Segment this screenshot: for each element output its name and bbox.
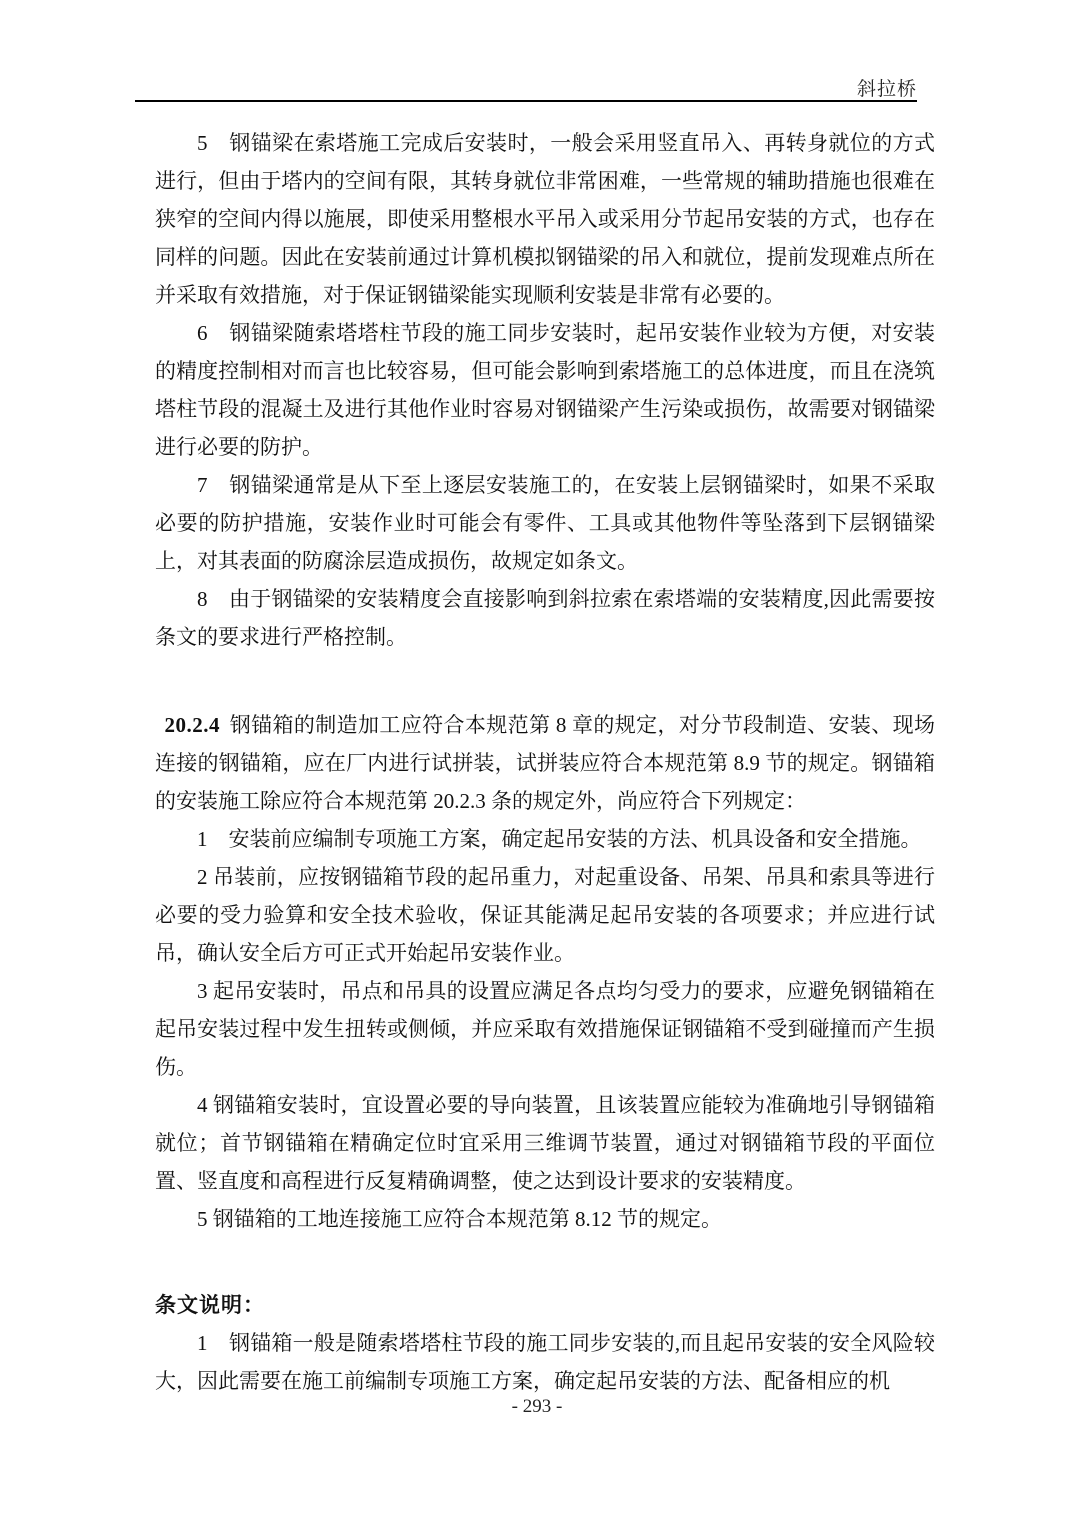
clause-text: 钢锚箱的制造加工应符合本规范第 8 章的规定，对分节段制造、安装、现场连接的钢锚… — [155, 713, 935, 813]
note-paragraph-7: 7 钢锚梁通常是从下至上逐层安装施工的，在安装上层钢锚梁时，如果不采取必要的防护… — [155, 466, 935, 580]
note-paragraph-5: 5 钢锚梁在索塔施工完成后安装时，一般会采用竖直吊入、再转身就位的方式进行，但由… — [155, 124, 935, 314]
clause-number: 20.2.4 — [164, 713, 220, 737]
document-body: 5 钢锚梁在索塔施工完成后安装时，一般会采用竖直吊入、再转身就位的方式进行，但由… — [155, 124, 935, 1400]
clause-item-4: 4 钢锚箱安装时，宜设置必要的导向装置，且该装置应能较为准确地引导钢锚箱就位；首… — [155, 1086, 935, 1200]
note-paragraph-8: 8 由于钢锚梁的安装精度会直接影响到斜拉索在索塔端的安装精度,因此需要按条文的要… — [155, 580, 935, 656]
clause-item-3: 3 起吊安装时，吊点和吊具的设置应满足各点均匀受力的要求，应避免钢锚箱在起吊安装… — [155, 972, 935, 1086]
page-number: - 293 - — [512, 1396, 563, 1417]
document-page: 斜拉桥 5 钢锚梁在索塔施工完成后安装时，一般会采用竖直吊入、再转身就位的方式进… — [0, 0, 1074, 1520]
notes-item-1: 1 钢锚箱一般是随索塔塔柱节段的施工同步安装的,而且起吊安装的安全风险较大，因此… — [155, 1324, 935, 1400]
clause-item-1: 1 安装前应编制专项施工方案，确定起吊安装的方法、机具设备和安全措施。 — [155, 820, 935, 858]
note-paragraph-6: 6 钢锚梁随索塔塔柱节段的施工同步安装时，起吊安装作业较为方便，对安装的精度控制… — [155, 314, 935, 466]
page-footer: - 293 - — [0, 1396, 1074, 1418]
clause-item-5: 5 钢锚箱的工地连接施工应符合本规范第 8.12 节的规定。 — [155, 1200, 935, 1238]
notes-heading: 条文说明： — [155, 1286, 935, 1324]
clause-20-2-4: 20.2.4钢锚箱的制造加工应符合本规范第 8 章的规定，对分节段制造、安装、现… — [155, 706, 935, 820]
running-head: 斜拉桥 — [135, 74, 917, 101]
clause-item-2: 2 吊装前，应按钢锚箱节段的起吊重力，对起重设备、吊架、吊具和索具等进行必要的受… — [155, 858, 935, 972]
header-rule — [135, 100, 917, 102]
